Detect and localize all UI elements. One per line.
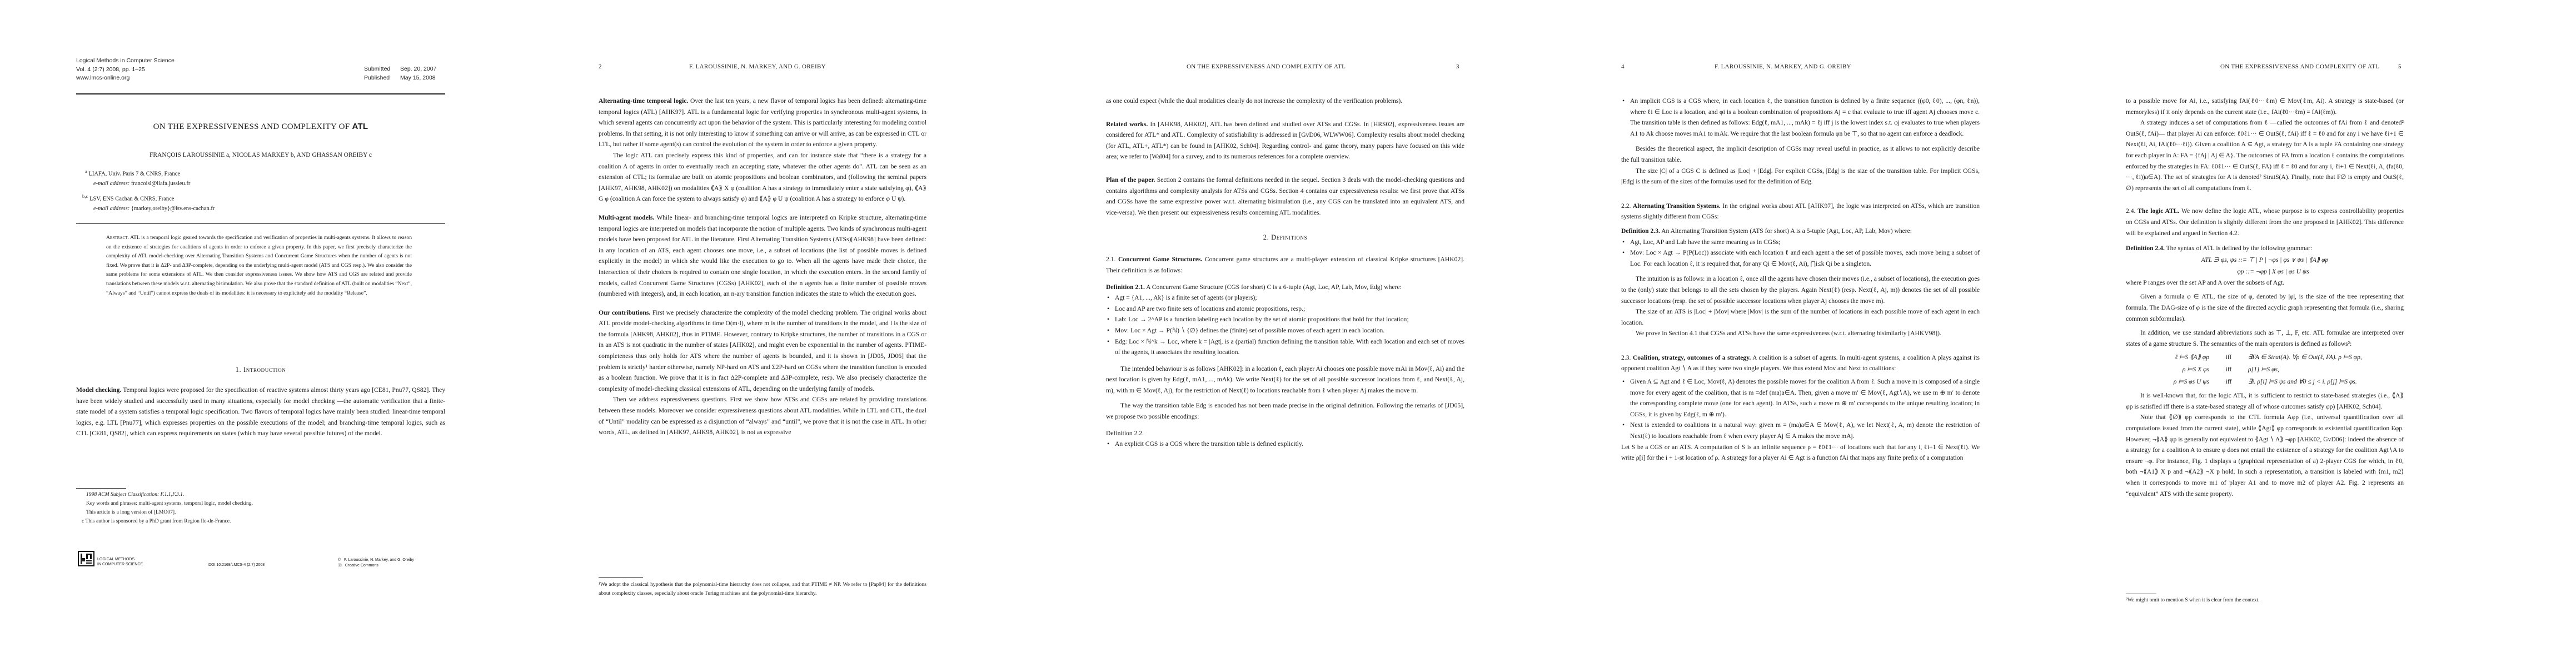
page-1: Logical Methods in Computer Science Vol.… [0, 0, 645, 667]
paragraph-size: The size |C| of a CGS C is defined as |L… [1621, 166, 1980, 187]
header-rule [76, 93, 445, 94]
paragraph-behaviour: The intended behaviour is as follows [AH… [1106, 364, 1464, 396]
subsection-2-4: 2.4. The logic ATL. We now define the lo… [2126, 206, 2404, 238]
paragraph-where: where P ranges over the set AP and A ove… [2126, 277, 2404, 288]
paragraph-size: Given a formula φ ∈ ATL, the size of φ, … [2126, 291, 2404, 324]
coalition-items: Given A ⊆ Agt and ℓ ∈ Loc, Mov(ℓ, A) den… [1621, 376, 1980, 442]
subsection-2-1: 2.1. Concurrent Game Structures. Concurr… [1106, 254, 1464, 276]
paragraph-continuation: as one could expect (while the dual moda… [1106, 96, 1464, 107]
list-item: Agt, Loc, AP and Lab have the same meani… [1621, 237, 1980, 248]
paragraph-ats-size: The size of an ATS is |Loc| + |Mov| wher… [1621, 306, 1980, 328]
paragraph-related-works: Related works. In [AHK98, AHK02], ATL ha… [1106, 119, 1464, 162]
footnote-2: ²We might omit to mention S when it is c… [2126, 596, 2404, 605]
list-item: Given A ⊆ Agt and ℓ ∈ Loc, Mov(ℓ, A) den… [1621, 376, 1980, 420]
list-item: Agt = {A1, ..., Ak} is a finite set of a… [1106, 292, 1464, 303]
paragraph-atl-intro: Alternating-time temporal logic. Over th… [599, 96, 926, 150]
page-3: ON THE EXPRESSIVENESS AND COMPLEXITY OF … [1100, 0, 1478, 667]
page-5-body: to a possible move for Ai, i.e., satisfy… [2126, 96, 2404, 499]
list-item: An implicit CGS is a CGS where, in each … [1621, 96, 1980, 139]
footnote-rule [2126, 594, 2156, 594]
page-number: 2 [599, 63, 602, 70]
page-2-body: Alternating-time temporal logic. Over th… [599, 96, 926, 438]
subsection-2-3: 2.3. Coalition, strategy, outcomes of a … [1621, 352, 1980, 374]
footnote-1: ¹We adopt the classical hypothesis that … [599, 580, 926, 598]
definition-2-4: Definition 2.4. The syntax of ATL is def… [2126, 243, 2404, 254]
definition-2-2-label: Definition 2.2. [1106, 428, 1464, 439]
implicit-cgs-item: An implicit CGS is a CGS where, in each … [1621, 96, 1980, 139]
lmcs-logo-text: LOGICAL METHODS IN COMPUTER SCIENCE [97, 558, 143, 567]
list-item: Lab: Loc → 2^AP is a function labeling e… [1106, 314, 1464, 325]
paragraph-note: Note that ⟪∅⟫ φp corresponds to the CTL … [2126, 412, 2404, 499]
affiliation-bc: b,c LSV, ENS Cachan & CNRS, France e-mai… [82, 192, 215, 213]
paragraph-abbreviations: In addition, we use standard abbreviatio… [2126, 327, 2404, 349]
abstract: Abstract. ATL is a temporal logic geared… [106, 233, 412, 298]
definition-2-2-items: An explicit CGS is a CGS where the trans… [1106, 439, 1464, 450]
semantics-table: ℓ ⊨S ⟪A⟫ φpiff∃FA ∈ Strat(A). ∀ρ ∈ Out(ℓ… [2126, 351, 2404, 388]
list-item: Mov: Loc × Agt → P(P(Loc)) associate wit… [1621, 247, 1980, 269]
paragraph-contributions: Our contributions. First we precisely ch… [599, 307, 926, 395]
paragraph-outcomes: A strategy induces a set of computations… [2126, 117, 2404, 193]
list-item: Loc and AP are two finite sets of locati… [1106, 303, 1464, 315]
published-label: Published [364, 74, 400, 83]
paragraph-computation: Let S be a CGS or an ATS. A computation … [1621, 442, 1980, 464]
paragraph-section-ref: We prove in Section 4.1 that CGSs and AT… [1621, 328, 1980, 339]
list-item: Edg: Loc × ℕ^k → Loc, where k = |Agt|, i… [1106, 336, 1464, 358]
paragraph-encoding: The way the transition table Edg is enco… [1106, 400, 1464, 422]
subsection-2-2: 2.2. Alternating Transition Systems. In … [1621, 201, 1980, 222]
lmcs-logo-icon [78, 551, 94, 566]
list-item: Next is extended to coalitions in a natu… [1621, 420, 1980, 441]
journal-info: Logical Methods in Computer Science Vol.… [76, 57, 175, 83]
journal-name: Logical Methods in Computer Science [76, 57, 175, 66]
abstract-rule [76, 223, 445, 224]
definition-2-3-items: Agt, Loc, AP and Lab have the same meani… [1621, 237, 1980, 270]
running-head: F. LAROUSSINIE, N. MARKEY, AND G. OREIBY [1715, 63, 1851, 70]
paragraph-state-based: It is well-known that, for the logic ATL… [2126, 390, 2404, 412]
journal-volume: Vol. 4 (2:7) 2008, pp. 1–25 [76, 66, 175, 74]
paper-title: ON THE EXPRESSIVENESS AND COMPLEXITY OF … [76, 122, 445, 132]
footnotes: 1998 ACM Subject Classification: F.1.1,F… [82, 490, 437, 526]
page-4: 4 F. LAROUSSINIE, N. MARKEY, AND G. OREI… [1612, 0, 1990, 667]
footnote-rule [599, 577, 643, 578]
publication-dates: SubmittedSep. 20, 2007 PublishedMay 15, … [364, 65, 436, 82]
running-head: ON THE EXPRESSIVENESS AND COMPLEXITY OF … [2220, 63, 2379, 70]
paragraph-practice: Besides the theoretical aspect, the impl… [1621, 143, 1980, 165]
running-head: F. LAROUSSINIE, N. MARKEY, AND G. OREIBY [689, 63, 826, 70]
published-date: May 15, 2008 [400, 74, 436, 81]
section-definitions: 2. Definitions [1106, 233, 1464, 242]
email-link[interactable]: francoisl@liafa.jussieu.fr [131, 181, 190, 187]
page-number: 5 [2398, 63, 2401, 70]
definition-2-1-items: Agt = {A1, ..., Ak} is a finite set of a… [1106, 292, 1464, 358]
affiliation-a: a LIAFA, Univ. Paris 7 & CNRS, France e-… [85, 167, 190, 188]
copyright-info: © F. Laroussinie, N. Markey, and G. Orei… [338, 558, 414, 569]
page-4-body: An implicit CGS is a CGS where, in each … [1621, 96, 1980, 464]
page-number: 4 [1621, 63, 1625, 70]
lmcs-logo [78, 551, 94, 568]
paragraph-plan: Plan of the paper. Section 2 contains th… [1106, 175, 1464, 218]
doi[interactable]: DOI:10.2168/LMCS-4 (2:7) 2008 [208, 563, 265, 567]
paragraph-expressiveness: Then we address expressiveness questions… [599, 394, 926, 437]
journal-url[interactable]: www.lmcs-online.org [76, 74, 175, 83]
footnote-rule [76, 488, 126, 489]
submitted-label: Submitted [364, 65, 400, 74]
copyright-icon: © [338, 558, 341, 562]
authors: FRANÇOIS LAROUSSINIE a, NICOLAS MARKEY b… [76, 152, 445, 158]
atl-acronym: ATL [352, 122, 368, 131]
atl-grammar: ATL ∋ φs, ψs ::= ⊤ | P | ¬φs | φs ∨ ψs |… [2126, 254, 2404, 277]
paragraph-atl-logic: The logic ATL can precisely express this… [599, 150, 926, 205]
submitted-date: Sep. 20, 2007 [400, 66, 436, 72]
page-2: 2 F. LAROUSSINIE, N. MARKEY, AND G. OREI… [589, 0, 934, 667]
page-5: ON THE EXPRESSIVENESS AND COMPLEXITY OF … [2112, 0, 2576, 667]
definition-2-3: Definition 2.3. An Alternating Transitio… [1621, 226, 1980, 237]
page-3-body: as one could expect (while the dual moda… [1106, 96, 1464, 450]
list-item: An explicit CGS is a CGS where the trans… [1106, 439, 1464, 450]
paragraph-strategy: to a possible move for Ai, i.e., satisfy… [2126, 96, 2404, 117]
paragraph-multi-agent-models: Multi-agent models. While linear- and br… [599, 212, 926, 300]
definition-2-1: Definition 2.1. A Concurrent Game Struct… [1106, 282, 1464, 293]
creative-commons-icon: ⓒ [338, 564, 342, 568]
running-head: ON THE EXPRESSIVENESS AND COMPLEXITY OF … [1187, 63, 1346, 70]
list-item: Mov: Loc × Agt → P(ℕ) ∖ {∅} defines the … [1106, 325, 1464, 336]
email-link[interactable]: {markey,oreiby}@lsv.ens-cachan.fr [131, 206, 215, 212]
paragraph-model-checking: Model checking. Temporal logics were pro… [76, 385, 445, 439]
paragraph-intuition: The intuition is as follows: in a locati… [1621, 273, 1980, 306]
page-number: 3 [1456, 63, 1459, 70]
section-introduction: 1. Introduction [76, 366, 445, 374]
